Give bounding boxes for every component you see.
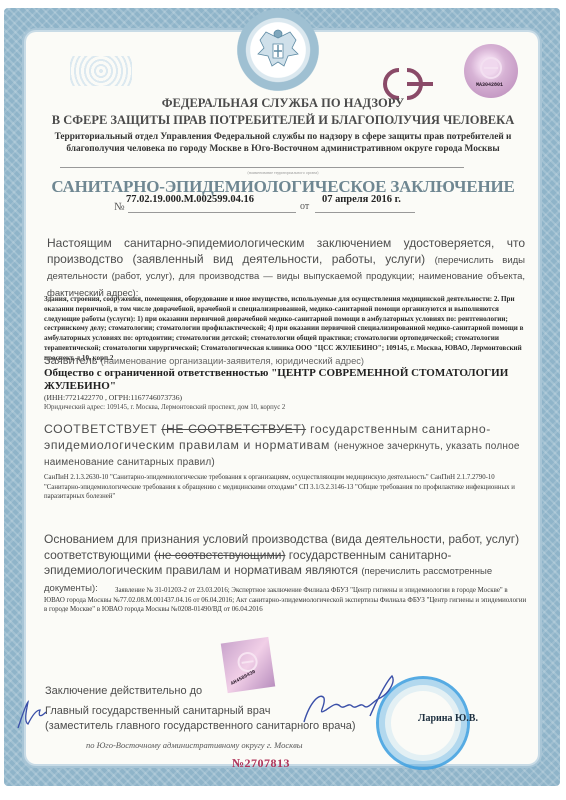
chief-title-line1: Главный государственный санитарный врач xyxy=(45,705,270,717)
hologram-sticker: МА3042801 xyxy=(464,44,518,98)
hologram-logo-icon xyxy=(464,44,518,98)
signatory-name: Ларина Ю.В. xyxy=(418,713,478,724)
basis-documents: Заявление № 31-01203-2 от 23.03.2016; Эк… xyxy=(44,586,528,615)
date-underline xyxy=(315,212,415,213)
date-label: от xyxy=(300,201,309,212)
activities-text: Здания, строения, сооружения, помещения,… xyxy=(44,295,524,364)
intro-paragraph: Настоящим санитарно-эпидемиологическим з… xyxy=(47,236,525,301)
initials-signature-icon xyxy=(14,696,50,732)
applicant-ids: (ИНН:7721422770 , ОГРН:1167746073736) xyxy=(44,393,182,402)
agency-name-line2: В СФЕРЕ ЗАЩИТЫ ПРАВ ПОТРЕБИТЕЛЕЙ И БЛАГО… xyxy=(0,113,566,128)
territorial-caption: (наименование территориального органа) xyxy=(0,170,566,175)
valid-until-label: Заключение действительно до xyxy=(45,685,202,697)
document-title: САНИТАРНО-ЭПИДЕМИОЛОГИЧЕСКОЕ ЗАКЛЮЧЕНИЕ xyxy=(0,177,566,197)
district-line: по Юго-Восточному административному окру… xyxy=(86,740,303,750)
applicant-company: Общество с ограниченной ответственностью… xyxy=(44,367,524,393)
russian-eagle-emblem-icon xyxy=(224,2,332,98)
signature-icon xyxy=(296,672,406,728)
applicant-hint: (наименование организации-заявителя, юри… xyxy=(101,356,364,366)
applicant-label-row: Заявитель (наименование организации-заяв… xyxy=(44,355,364,367)
territorial-body: Территориальный отдел Управления Федерал… xyxy=(40,131,526,155)
hologram-sticker-bottom: АН4589430 xyxy=(221,637,275,693)
basis-struck: (не соответствующими) xyxy=(154,548,285,562)
agency-name-line1: ФЕДЕРАЛЬНАЯ СЛУЖБА ПО НАДЗОРУ xyxy=(0,96,566,111)
hologram-logo-icon xyxy=(221,637,275,693)
complies-text: СООТВЕТСТВУЕТ xyxy=(44,422,157,436)
applicant-address: Юридический адрес: 109145, г. Москва, Ле… xyxy=(44,404,285,411)
guilloche-pattern xyxy=(70,56,132,86)
number-label: № xyxy=(114,201,125,213)
not-complies-struck: (НЕ СООТВЕТСТВУЕТ) xyxy=(161,422,306,436)
blank-serial-number: №2707813 xyxy=(232,756,290,771)
number-underline xyxy=(128,212,296,213)
compliance-paragraph: СООТВЕТСТВУЕТ (НЕ СООТВЕТСТВУЕТ) государ… xyxy=(44,422,526,471)
document-date: 07 апреля 2016 г. xyxy=(322,194,401,205)
hologram-serial: МА3042801 xyxy=(476,82,503,88)
sanitary-rules: СанПиН 2.1.3.2630-10 "Санитарно-эпидемио… xyxy=(44,473,528,502)
divider xyxy=(60,167,464,168)
applicant-label: Заявитель xyxy=(44,355,98,367)
document-number: 77.02.19.000.М.002599.04.16 xyxy=(126,194,254,205)
basis-documents-text: Заявление № 31-01203-2 от 23.03.2016; Эк… xyxy=(44,587,526,613)
